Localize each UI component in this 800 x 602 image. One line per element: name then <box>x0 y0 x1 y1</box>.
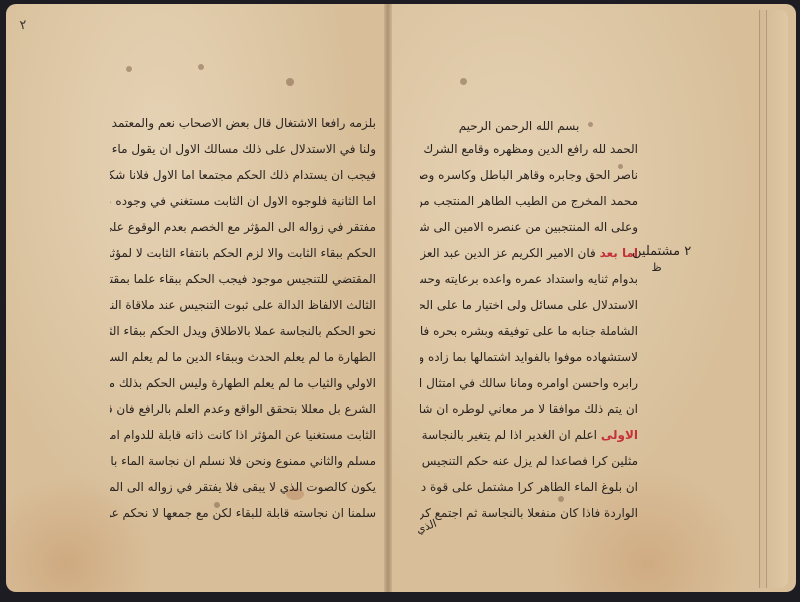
text-line: المقتضي للتنجيس موجود فيجب الحكم ببقاء ع… <box>110 266 376 292</box>
text-line: ناصر الحق وجابره وقاهر الباطل وكاسره وصل… <box>420 162 638 188</box>
fore-edge <box>759 10 788 588</box>
text-line: محمد المخرج من الطيب الطاهر المنتجب من ا… <box>420 188 638 214</box>
ink-stain <box>286 78 294 86</box>
folio-mark: ٢ <box>19 18 28 34</box>
rubric-ula: الاولى <box>601 428 638 442</box>
text-line: الشرع بل معللا بتحقق الواقع وعدم العلم ب… <box>110 396 376 422</box>
text-line: الاولي والثياب ما لم يعلم الطهارة وليس ا… <box>110 370 376 396</box>
text-line: ان بلوغ الماء الطاهر كرا مشتمل على قوة د… <box>420 474 638 500</box>
ink-stain <box>126 66 132 72</box>
text-line: نحو الحكم بالنجاسة عملا بالاطلاق ويدل ال… <box>110 318 376 344</box>
text-segment: ان يتم ذلك موافقا لا مر معاني لوطره ان ش… <box>420 402 638 416</box>
text-line: الثابت مستغنيا عن المؤثر اذا كانت ذاته ق… <box>110 422 376 448</box>
basmala-heading: بسم الله الرحمن الرحيم <box>420 114 638 136</box>
ink-stain <box>198 64 204 70</box>
text-line: اما الثانية فلوجوه الاول ان الثابت مستغن… <box>110 188 376 214</box>
text-line: يكون كالصوت الذي لا يبقى فلا يفتقر في زو… <box>110 474 376 500</box>
text-line: رابره واحسن اوامره ومانا سالك في امتثال … <box>420 370 638 396</box>
margin-note-number: ٢ <box>684 244 691 259</box>
text-line: الواردة فاذا كان منفعلا بالنجاسة ثم اجتم… <box>420 500 638 526</box>
text-line: مسلم والثاني ممنوع ونحن فلا نسلم ان نجاس… <box>110 448 376 474</box>
ink-stain <box>460 78 467 85</box>
text-line: الطهارة ما لم يعلم الحدث وببقاء الدين ما… <box>110 344 376 370</box>
text-line: بدوام ثنايه واستداد عمره واعده برعايته و… <box>420 266 638 292</box>
text-line: الشاملة جنابه ما على توفيقه وبشره بحره ف… <box>420 318 638 344</box>
text-line: الاولى اعلم ان الغدير اذا لم يتغير بالنج… <box>420 422 638 448</box>
text-segment: اعلم ان الغدير اذا لم يتغير بالنجاسة وجم… <box>420 428 597 442</box>
text-line: ان يتم ذلك موافقا لا مر معاني لوطره ان ش… <box>420 396 638 422</box>
right-page-text: بسم الله الرحمن الرحيم الحمد لله رافع ال… <box>420 114 638 526</box>
right-page: بسم الله الرحمن الرحيم الحمد لله رافع ال… <box>388 4 796 592</box>
margin-note-word: مشتملين <box>632 244 680 259</box>
text-line: وعلى اله المنتجبين من عنصره الامين الى ش… <box>420 214 638 240</box>
text-line: مفتقر في زواله الى المؤثر مع الخصم بعدم … <box>110 214 376 240</box>
text-line: سلمنا ان نجاسته قابلة للبقاء لكن مع جمعه… <box>110 500 376 526</box>
text-line: الاستدلال على مسائل ولى اختيار ما على ال… <box>420 292 638 318</box>
text-segment: فان الامير الكريم عز الدين عبد العزيز اع… <box>420 246 596 260</box>
margin-note: ٢ مشتملين ظ <box>632 244 691 276</box>
text-line: اما بعد فان الامير الكريم عز الدين عبد ا… <box>420 240 638 266</box>
text-line: الثالث الالفاظ الدالة على ثبوت التنجيس ع… <box>110 292 376 318</box>
text-line: ولنا في الاستدلال على ذلك مسالك الاول ان… <box>110 136 376 162</box>
left-page: ٢ بلزمه رافعا الاشتغال قال بعض الاصحاب ن… <box>6 4 388 592</box>
text-line: مثلين كرا فصاعدا لم يزل عنه حكم التنجيس … <box>420 448 638 474</box>
text-line: الحكم ببقاء الثابت والا لزم الحكم بانتفا… <box>110 240 376 266</box>
text-line: فيجب ان يستدام ذلك الحكم مجتمعا اما الاو… <box>110 162 376 188</box>
gutter-spine <box>384 4 392 592</box>
text-line: بلزمه رافعا الاشتغال قال بعض الاصحاب نعم… <box>110 110 376 136</box>
text-line: لاستشهاده موفوا بالفوايد اشتمالها بما زا… <box>420 344 638 370</box>
text-line: الحمد لله رافع الدين ومظهره وقامع الشرك … <box>420 136 638 162</box>
manuscript-spread: ٢ بلزمه رافعا الاشتغال قال بعض الاصحاب ن… <box>6 4 796 594</box>
left-page-text: بلزمه رافعا الاشتغال قال بعض الاصحاب نعم… <box>110 110 376 526</box>
margin-note-abbrev: ظ <box>632 260 681 276</box>
